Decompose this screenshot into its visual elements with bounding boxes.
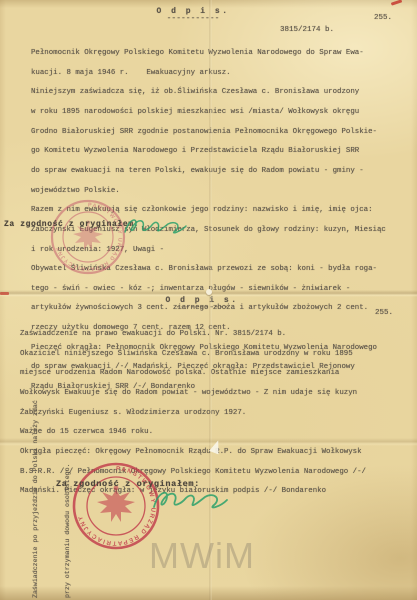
heading-underline: ----------- (142, 305, 262, 311)
page-number: 255. (374, 14, 392, 22)
margin-note-line: Zaświadczenie po przyjeździe do Polski n… (31, 298, 42, 598)
red-pen-mark (0, 292, 9, 295)
round-stamp-1: PAŃSTWOWY URZĄD REPATRIACYJNY (44, 193, 132, 281)
signature-1 (120, 211, 190, 243)
margin-note-line: przy otrzymaniu dowodu osobistego. (63, 298, 74, 598)
punch-hole (206, 289, 212, 295)
page-number: 255. (375, 309, 393, 317)
document-scan: O d p i s. ----------- 255. 3815/2174 b.… (0, 0, 417, 600)
section-heading: O d p i s. ----------- (142, 297, 262, 311)
signature-2 (148, 482, 232, 520)
reference-number: 3815/2174 b. (280, 26, 334, 34)
margin-note: Zaświadczenie po przyjeździe do Polski n… (10, 298, 94, 598)
certification-line: Za zgodność z oryginałem: (4, 220, 139, 229)
red-pen-mark (391, 0, 402, 6)
section-heading: O d p i s. ----------- (133, 8, 253, 22)
heading-underline: ----------- (133, 16, 253, 22)
watermark: MWiM (149, 535, 255, 577)
eagle-emblem-icon (97, 486, 135, 522)
